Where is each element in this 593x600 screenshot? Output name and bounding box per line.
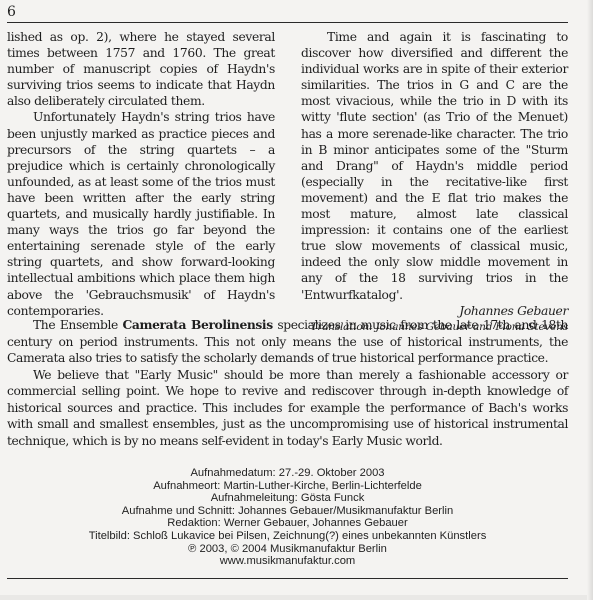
left-column: lished as op. 2), where he stayed severa… [7, 29, 275, 319]
credit-copyright: ℗ 2003, © 2004 Musikmanufaktur Berlin [7, 543, 568, 556]
credit-recording-date: Aufnahmedatum: 27.-29. Oktober 2003 [7, 467, 568, 480]
ensemble-name: Camerata Berolinensis [123, 317, 273, 332]
credit-recording-editing: Aufnahme und Schnitt: Johannes Gebauer/M… [7, 505, 568, 518]
right-paragraph: Time and again it is fascinating to disc… [301, 29, 568, 303]
ensemble-paragraph-1: The Ensemble Camerata Berolinensis speci… [7, 317, 568, 367]
page-number: 6 [7, 4, 16, 20]
right-column: Time and again it is fascinating to disc… [301, 29, 568, 335]
credit-recording-location: Aufnahmeort: Martin-Luther-Kirche, Berli… [7, 480, 568, 493]
ensemble-section: The Ensemble Camerata Berolinensis speci… [7, 317, 568, 449]
page-right-edge [587, 0, 593, 600]
header-rule [7, 22, 568, 23]
credit-website: www.musikmanufaktur.com [7, 555, 568, 568]
recording-credits: Aufnahmedatum: 27.-29. Oktober 2003 Aufn… [7, 467, 568, 568]
left-paragraph-1: lished as op. 2), where he stayed severa… [7, 29, 275, 109]
ensemble-paragraph-2: We believe that "Early Music" should be … [7, 367, 568, 450]
credit-cover-image: Titelbild: Schloß Lukavice bei Pilsen, Z… [7, 530, 568, 543]
footer-rule [7, 578, 568, 579]
left-paragraph-2: Unfortunately Haydn's string trios have … [7, 109, 275, 318]
ensemble-intro: The Ensemble [33, 318, 123, 332]
credit-editorial: Redaktion: Werner Gebauer, Johannes Geba… [7, 517, 568, 530]
credit-recording-producer: Aufnahmeleitung: Gösta Funck [7, 492, 568, 505]
page-bottom-edge [0, 595, 593, 600]
